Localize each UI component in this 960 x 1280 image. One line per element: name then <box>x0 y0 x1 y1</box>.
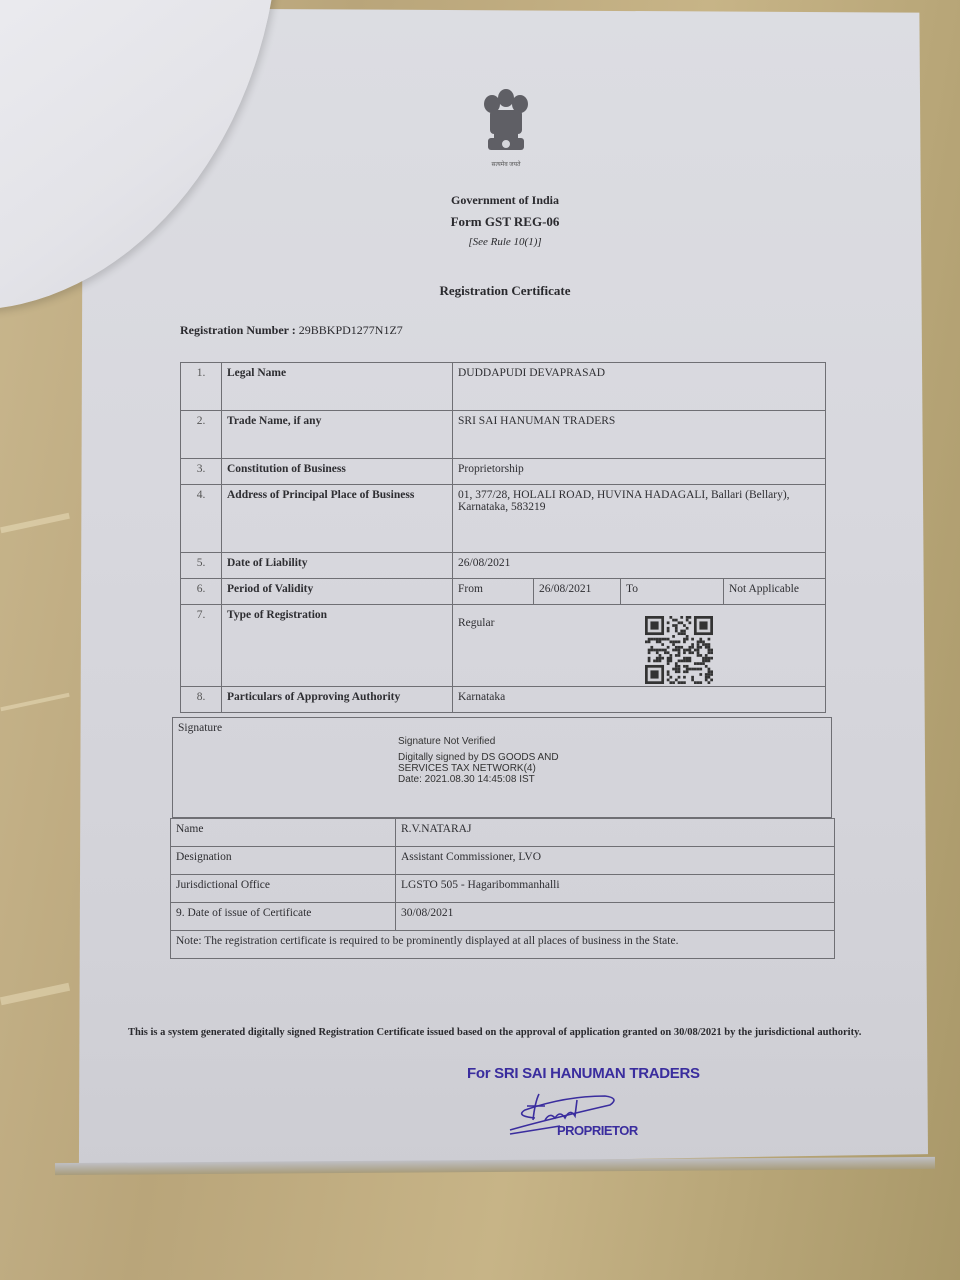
table-row: 4. Address of Principal Place of Busines… <box>181 485 826 553</box>
svg-text:सत्यमेव जयते: सत्यमेव जयते <box>491 160 521 168</box>
proprietor-stamp: PROPRIETOR <box>557 1123 638 1138</box>
officer-value: LGSTO 505 - Hagaribommanhalli <box>396 875 835 903</box>
registration-number-label: Registration Number : <box>180 323 296 337</box>
row-value: Proprietorship <box>453 459 826 485</box>
table-row: Name R.V.NATARAJ <box>171 819 835 847</box>
table-row: 6. Period of Validity From 26/08/2021 To… <box>181 579 826 605</box>
registration-type: Regular <box>458 617 820 629</box>
page-title: Registration Certificate <box>0 283 960 299</box>
national-emblem-icon: सत्यमेव जयते <box>476 84 536 170</box>
officer-value: Assistant Commissioner, LVO <box>396 847 835 875</box>
row-number: 3. <box>181 459 222 485</box>
table-row: 2. Trade Name, if any SRI SAI HANUMAN TR… <box>181 411 826 459</box>
table-row: 9. Date of issue of Certificate 30/08/20… <box>171 903 835 931</box>
officer-label: 9. Date of issue of Certificate <box>171 903 396 931</box>
row-label: Date of Liability <box>222 553 453 579</box>
signature-signed-by: Digitally signed by DS GOODS AND <box>398 752 559 763</box>
row-number: 2. <box>181 411 222 459</box>
officer-label: Jurisdictional Office <box>171 875 396 903</box>
row-label: Trade Name, if any <box>222 411 453 459</box>
certificate-document: सत्यमेव जयते Government of India Form GS… <box>0 0 960 1280</box>
company-stamp: For SRI SAI HANUMAN TRADERS <box>467 1065 700 1082</box>
signature-signed-by-2: SERVICES TAX NETWORK(4) <box>398 763 559 774</box>
table-row: 7. Type of Registration Regular <box>181 605 826 687</box>
table-row: 8. Particulars of Approving Authority Ka… <box>181 687 826 713</box>
validity-from-label: From <box>453 579 534 605</box>
registration-number-value: 29BBKPD1277N1Z7 <box>299 323 403 337</box>
table-row: 5. Date of Liability 26/08/2021 <box>181 553 826 579</box>
row-number: 6. <box>181 579 222 605</box>
validity-to-label: To <box>621 579 724 605</box>
government-heading: Government of India <box>0 193 960 208</box>
row-number: 4. <box>181 485 222 553</box>
digital-signature: Signature Not Verified Digitally signed … <box>398 736 559 785</box>
row-value: Regular <box>453 605 826 687</box>
validity-from-date: 26/08/2021 <box>534 579 621 605</box>
table-row: 3. Constitution of Business Proprietorsh… <box>181 459 826 485</box>
row-value: 26/08/2021 <box>453 553 826 579</box>
row-value: 01, 377/28, HOLALI ROAD, HUVINA HADAGALI… <box>453 485 826 553</box>
officer-table: Name R.V.NATARAJ Designation Assistant C… <box>170 818 835 959</box>
table-row: 1. Legal Name DUDDAPUDI DEVAPRASAD <box>181 363 826 411</box>
officer-label: Name <box>171 819 396 847</box>
row-value: SRI SAI HANUMAN TRADERS <box>453 411 826 459</box>
row-value: DUDDAPUDI DEVAPRASAD <box>453 363 826 411</box>
row-number: 1. <box>181 363 222 411</box>
row-label: Constitution of Business <box>222 459 453 485</box>
signature-date: Date: 2021.08.30 14:45:08 IST <box>398 774 559 785</box>
signature-status: Signature Not Verified <box>398 736 559 747</box>
row-number: 7. <box>181 605 222 687</box>
table-row: Note: The registration certificate is re… <box>171 931 835 959</box>
row-value: Karnataka <box>453 687 826 713</box>
row-number: 5. <box>181 553 222 579</box>
validity-to-date: Not Applicable <box>724 579 826 605</box>
row-label: Type of Registration <box>222 605 453 687</box>
certificate-note: Note: The registration certificate is re… <box>171 931 835 959</box>
row-label: Particulars of Approving Authority <box>222 687 453 713</box>
row-label: Legal Name <box>222 363 453 411</box>
officer-value: R.V.NATARAJ <box>396 819 835 847</box>
qr-code[interactable] <box>645 616 713 684</box>
officer-value: 30/08/2021 <box>396 903 835 931</box>
form-heading: Form GST REG-06 <box>0 214 960 230</box>
row-label: Address of Principal Place of Business <box>222 485 453 553</box>
system-generated-note: This is a system generated digitally sig… <box>128 1022 878 1043</box>
table-row: Jurisdictional Office LGSTO 505 - Hagari… <box>171 875 835 903</box>
row-number: 8. <box>181 687 222 713</box>
officer-label: Designation <box>171 847 396 875</box>
row-label: Period of Validity <box>222 579 453 605</box>
registration-number: Registration Number : 29BBKPD1277N1Z7 <box>180 323 403 338</box>
rule-reference: [See Rule 10(1)] <box>0 236 960 248</box>
table-row: Designation Assistant Commissioner, LVO <box>171 847 835 875</box>
registration-details-table: 1. Legal Name DUDDAPUDI DEVAPRASAD 2. Tr… <box>180 362 826 713</box>
